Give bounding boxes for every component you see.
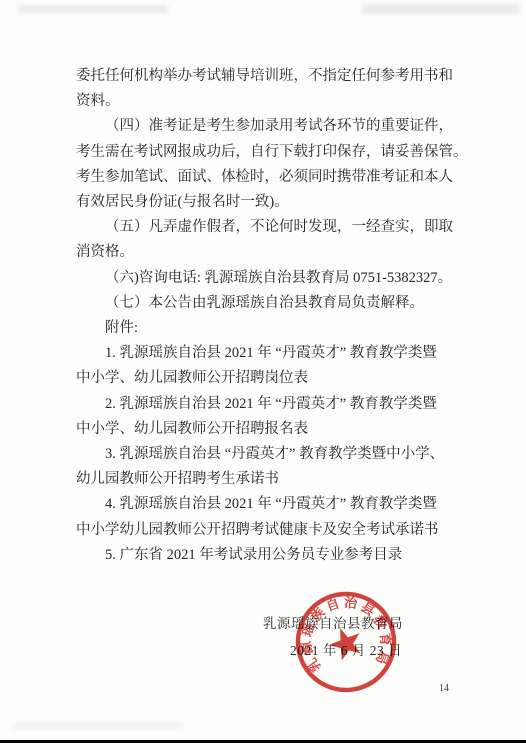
paragraph-item-4: （四）准考证是考生参加录用考试各环节的重要证件， 考生需在考试网报成功后，自行下… xyxy=(76,114,472,215)
official-seal-stamp: 乳源瑶族自治县教育局 xyxy=(291,587,401,697)
attachment-item-1: 1. 乳源瑶族自治县 2021 年 “丹霞英才” 教育教学类暨 中小学、幼儿园教… xyxy=(76,341,472,391)
page-number: 14 xyxy=(439,683,449,694)
seal-arc-text: 乳源瑶族自治县教育局 xyxy=(294,590,396,676)
attachments-label: 附件: xyxy=(76,316,472,341)
attachment-item-5: 5. 广东省 2021 年考试录用公务员专业参考目录 xyxy=(76,543,472,568)
scanned-document-page: 委托任何机构举办考试辅导培训班，不指定任何参考用书和 资料。 （四）准考证是考生… xyxy=(0,0,526,743)
attachment-item-4: 4. 乳源瑶族自治县 2021 年 “丹霞英才” 教育教学类暨 中小学幼儿园教师… xyxy=(76,492,472,542)
paragraph-item-6-phone: （六)咨询电话: 乳源瑶族自治县教育局 0751-5382327。 xyxy=(76,266,472,291)
attachment-item-2: 2. 乳源瑶族自治县 2021 年 “丹霞英才” 教育教学类暨 中小学、幼儿园教… xyxy=(76,392,472,442)
scan-bleed-artifact-bottom-left xyxy=(12,722,182,729)
document-body: 委托任何机构举办考试辅导培训班，不指定任何参考用书和 资料。 （四）准考证是考生… xyxy=(76,64,472,568)
star-icon xyxy=(325,622,366,662)
scan-bleed-artifact-top-right xyxy=(362,4,520,14)
paragraph-item-7: （七）本公告由乳源瑶族自治县教育局负责解释。 xyxy=(76,291,472,316)
scan-bleed-artifact-top-left xyxy=(18,5,168,13)
paragraph-continuation: 委托任何机构举办考试辅导培训班，不指定任何参考用书和 资料。 xyxy=(76,64,472,114)
paragraph-item-5: （五）凡弄虚作假者，不论何时发现，一经查实，即取 消资格。 xyxy=(76,215,472,265)
attachment-item-3: 3. 乳源瑶族自治县 “丹霞英才” 教育教学类暨中小学、 幼儿园教师公开招聘考生… xyxy=(76,442,472,492)
seal-arc-text-holder: 乳源瑶族自治县教育局 xyxy=(294,590,396,676)
